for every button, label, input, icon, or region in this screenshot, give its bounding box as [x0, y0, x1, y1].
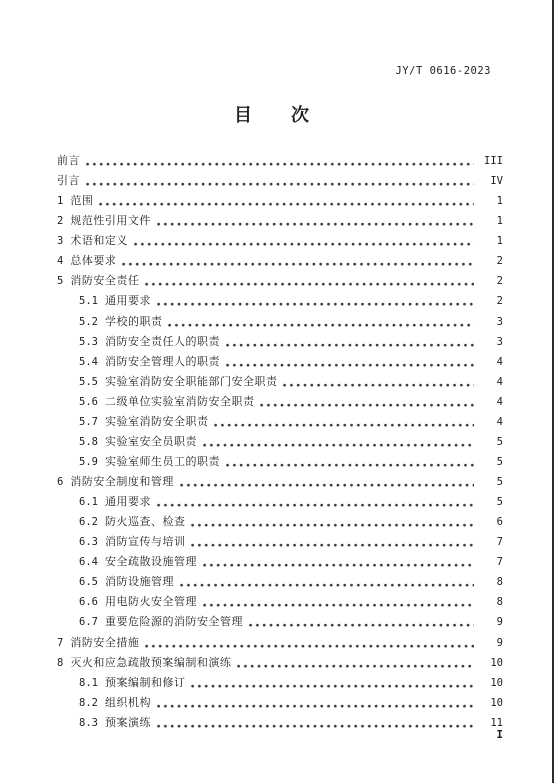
toc-entry-page-number: 5	[479, 495, 503, 509]
toc-entry: 前言III	[57, 151, 503, 171]
toc-entry-number: 5.9	[79, 455, 98, 469]
dot-leader	[86, 151, 474, 171]
toc-entry-label: 通用要求	[105, 294, 151, 308]
dot-leader	[168, 312, 474, 332]
toc-entry-number: 4	[57, 254, 63, 268]
toc-entry-number: 5.7	[79, 415, 98, 429]
toc-entry: 6.7重要危险源的消防安全管理9	[57, 612, 503, 632]
toc-entry-label: 实验室消防安全职能部门安全职责	[105, 375, 278, 389]
toc-entry-page-number: 1	[479, 234, 503, 248]
toc-entry: 5.5实验室消防安全职能部门安全职责4	[57, 372, 503, 392]
toc-entry: 5.1通用要求2	[57, 291, 503, 311]
toc-entry-label: 实验室师生员工的职责	[105, 455, 220, 469]
toc-entry-page-number: 10	[479, 676, 503, 690]
toc-entry: 5.9实验室师生员工的职责5	[57, 452, 503, 472]
toc-entry: 1范围1	[57, 191, 503, 211]
toc-entry: 5.4消防安全管理人的职责4	[57, 352, 503, 372]
toc-entry-label: 二级单位实验室消防安全职责	[105, 395, 255, 409]
toc-entry-label: 总体要求	[70, 254, 116, 268]
toc-entry-page-number: 6	[479, 515, 503, 529]
toc-entry-page-number: 4	[479, 375, 503, 389]
toc-entry-number: 7	[57, 636, 63, 650]
dot-leader	[134, 231, 474, 251]
toc-entry-page-number: 5	[479, 475, 503, 489]
toc-entry: 7消防安全措施9	[57, 633, 503, 653]
toc-entry: 5.3消防安全责任人的职责3	[57, 332, 503, 352]
toc-entry: 8.1预案编制和修订10	[57, 673, 503, 693]
toc-entry-label: 学校的职责	[105, 315, 163, 329]
toc-entry-page-number: 3	[479, 335, 503, 349]
toc-entry: 4总体要求2	[57, 251, 503, 271]
toc-entry: 8灭火和应急疏散预案编制和演练10	[57, 653, 503, 673]
dot-leader	[180, 472, 474, 492]
toc-entry: 6.2防火巡查、检查6	[57, 512, 503, 532]
standard-number: JY/T 0616-2023	[395, 65, 491, 77]
toc-entry-number: 5.6	[79, 395, 98, 409]
toc-entry-page-number: 7	[479, 555, 503, 569]
toc-entry-number: 6.7	[79, 615, 98, 629]
toc-entry-page-number: 1	[479, 194, 503, 208]
toc-entry-page-number: 1	[479, 214, 503, 228]
toc-entry-label: 引言	[57, 174, 80, 188]
toc-entry-page-number: 4	[479, 355, 503, 369]
toc-entry-page-number: 8	[479, 595, 503, 609]
dot-leader	[237, 653, 474, 673]
dot-leader	[180, 572, 474, 592]
toc-entry-label: 组织机构	[105, 696, 151, 710]
toc-list: 前言III引言IV1范围12规范性引用文件13术语和定义14总体要求25消防安全…	[57, 151, 503, 733]
dot-leader	[203, 592, 474, 612]
toc-entry-number: 5	[57, 274, 63, 288]
toc-entry-number: 6.6	[79, 595, 98, 609]
toc-entry-label: 消防安全管理人的职责	[105, 355, 220, 369]
toc-entry-page-number: 10	[479, 696, 503, 710]
dot-leader	[145, 633, 474, 653]
toc-entry-number: 8.2	[79, 696, 98, 710]
toc-entry-label: 防火巡查、检查	[105, 515, 186, 529]
toc-entry-label: 消防安全措施	[70, 636, 139, 650]
dot-leader	[191, 673, 474, 693]
dot-leader	[157, 492, 474, 512]
toc-entry-label: 前言	[57, 154, 80, 168]
toc-entry-label: 预案编制和修订	[105, 676, 186, 690]
toc-entry-label: 消防宣传与培训	[105, 535, 186, 549]
toc-entry-page-number: 8	[479, 575, 503, 589]
toc-entry: 5.6二级单位实验室消防安全职责4	[57, 392, 503, 412]
toc-entry: 8.3预案演练11	[57, 713, 503, 733]
toc-entry-page-number: 9	[479, 636, 503, 650]
toc-entry: 5.2学校的职责3	[57, 312, 503, 332]
toc-entry-number: 6.1	[79, 495, 98, 509]
dot-leader	[249, 612, 474, 632]
toc-entry-page-number: 5	[479, 435, 503, 449]
toc-entry-number: 6.4	[79, 555, 98, 569]
toc-entry-label: 预案演练	[105, 716, 151, 730]
dot-leader	[157, 211, 474, 231]
toc-entry: 5.8实验室安全员职责5	[57, 432, 503, 452]
toc-entry-label: 用电防火安全管理	[105, 595, 197, 609]
toc-entry: 6.1通用要求5	[57, 492, 503, 512]
toc-entry-number: 8.1	[79, 676, 98, 690]
toc-entry-label: 消防安全制度和管理	[70, 475, 174, 489]
toc-entry: 6.6用电防火安全管理8	[57, 592, 503, 612]
toc-entry-number: 3	[57, 234, 63, 248]
dot-leader	[260, 392, 474, 412]
toc-entry-page-number: 2	[479, 274, 503, 288]
toc-entry: 2规范性引用文件1	[57, 211, 503, 231]
toc-entry-number: 8	[57, 656, 63, 670]
toc-entry-page-number: III	[479, 154, 503, 168]
document-page: JY/T 0616-2023 目 次 前言III引言IV1范围12规范性引用文件…	[0, 0, 554, 783]
dot-leader	[226, 352, 474, 372]
toc-entry-label: 安全疏散设施管理	[105, 555, 197, 569]
toc-entry-label: 重要危险源的消防安全管理	[105, 615, 243, 629]
dot-leader	[203, 552, 474, 572]
toc-entry-page-number: 7	[479, 535, 503, 549]
toc-entry-number: 6	[57, 475, 63, 489]
toc-entry-label: 规范性引用文件	[70, 214, 151, 228]
toc-entry-number: 5.3	[79, 335, 98, 349]
toc-entry: 6.4安全疏散设施管理7	[57, 552, 503, 572]
dot-leader	[157, 693, 474, 713]
toc-entry-label: 范围	[70, 194, 93, 208]
toc-entry: 5.7实验室消防安全职责4	[57, 412, 503, 432]
dot-leader	[145, 271, 474, 291]
toc-entry: 8.2组织机构10	[57, 693, 503, 713]
toc-entry-number: 1	[57, 194, 63, 208]
dot-leader	[157, 713, 474, 733]
toc-entry-page-number: 3	[479, 315, 503, 329]
toc-entry-number: 6.2	[79, 515, 98, 529]
dot-leader	[214, 412, 474, 432]
toc-entry-label: 实验室安全员职责	[105, 435, 197, 449]
dot-leader	[99, 191, 474, 211]
dot-leader	[191, 512, 474, 532]
toc-entry-page-number: 5	[479, 455, 503, 469]
toc-entry-page-number: 4	[479, 415, 503, 429]
toc-entry-number: 6.3	[79, 535, 98, 549]
dot-leader	[86, 171, 474, 191]
toc-entry-page-number: 2	[479, 254, 503, 268]
toc-entry: 5消防安全责任2	[57, 271, 503, 291]
toc-entry: 3术语和定义1	[57, 231, 503, 251]
toc-entry-number: 8.3	[79, 716, 98, 730]
dot-leader	[226, 452, 474, 472]
toc-entry-page-number: 10	[479, 656, 503, 670]
toc-entry-page-number: 9	[479, 615, 503, 629]
toc-entry-label: 灭火和应急疏散预案编制和演练	[70, 656, 231, 670]
toc-entry-number: 5.5	[79, 375, 98, 389]
dot-leader	[203, 432, 474, 452]
dot-leader	[157, 291, 474, 311]
toc-entry-label: 术语和定义	[70, 234, 128, 248]
dot-leader	[191, 532, 474, 552]
toc-entry-number: 5.2	[79, 315, 98, 329]
toc-entry-number: 6.5	[79, 575, 98, 589]
toc-entry-page-number: 4	[479, 395, 503, 409]
toc-entry-label: 实验室消防安全职责	[105, 415, 209, 429]
toc-entry-number: 5.8	[79, 435, 98, 449]
toc-entry-number: 5.4	[79, 355, 98, 369]
toc-entry: 6.5消防设施管理8	[57, 572, 503, 592]
dot-leader	[226, 332, 474, 352]
dot-leader	[283, 372, 474, 392]
toc-entry: 引言IV	[57, 171, 503, 191]
toc-entry-page-number: IV	[479, 174, 503, 188]
toc-entry-label: 消防安全责任人的职责	[105, 335, 220, 349]
toc-entry: 6.3消防宣传与培训7	[57, 532, 503, 552]
toc-entry-number: 5.1	[79, 294, 98, 308]
dot-leader	[122, 251, 474, 271]
toc-entry-number: 2	[57, 214, 63, 228]
footer-page-number: I	[496, 728, 503, 741]
toc-entry-label: 通用要求	[105, 495, 151, 509]
page-title: 目 次	[0, 101, 544, 127]
toc-entry-label: 消防设施管理	[105, 575, 174, 589]
toc-entry-page-number: 2	[479, 294, 503, 308]
toc-entry-label: 消防安全责任	[70, 274, 139, 288]
toc-entry: 6消防安全制度和管理5	[57, 472, 503, 492]
